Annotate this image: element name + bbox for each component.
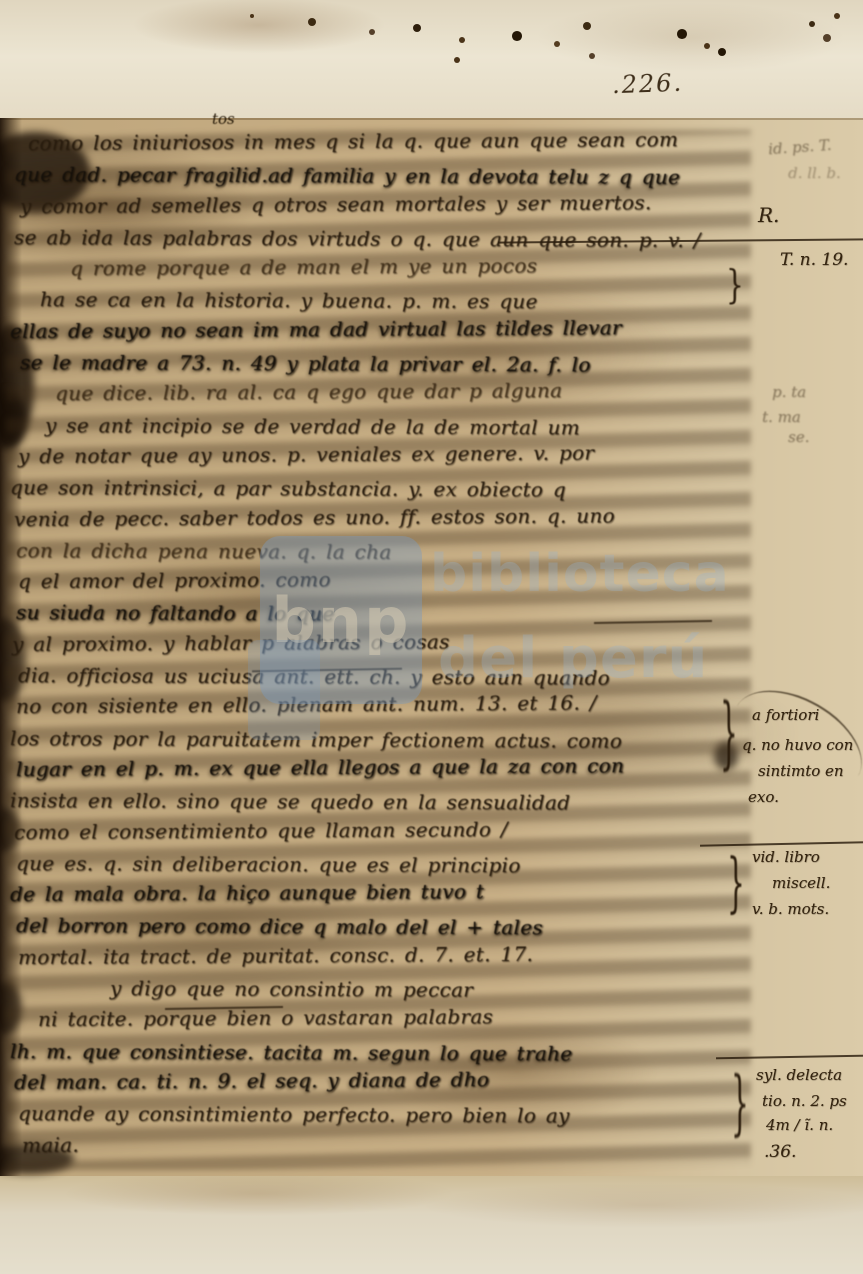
text-line: que dice. lib. ra al. ca q ego que dar p… (55, 374, 752, 410)
manuscript-page: .226. tos como los iniuriosos in mes q s… (0, 0, 863, 1274)
margin-note: R. (758, 203, 779, 227)
ink-speckles (250, 14, 254, 18)
text-line: como el consentimiento que llaman secund… (14, 812, 752, 848)
margin-note: sintimto en (758, 762, 844, 780)
text-line: mortal. ita tract. de puritat. consc. d.… (18, 937, 752, 973)
text-line: ni tacite. porque bien o vastaran palabr… (38, 1000, 752, 1036)
text-line: ellas de suyo no sean im ma dad virtual … (10, 311, 752, 347)
margin-note: p. ta (772, 383, 806, 401)
text-line: y de notar que ay unos. p. veniales ex g… (18, 436, 752, 472)
margin-note: T. n. 19. (780, 250, 848, 270)
text-line: no con sisiente en ello. plenam ant. num… (16, 687, 752, 723)
folio-number: .226. (612, 69, 684, 99)
paper-top-edge (0, 0, 863, 126)
interlinear-insertion: tos (212, 110, 235, 128)
text-line: de la mala obra. la hiço aunque bien tuv… (10, 875, 752, 911)
text-line: q el amor del proximo. como (18, 562, 752, 598)
margin-note: exo. (748, 788, 779, 806)
margin-note: .36. (764, 1142, 796, 1162)
paper-bottom-edge (0, 1176, 863, 1274)
text-line: y comor ad semelles q otros sean mortale… (20, 186, 752, 222)
margin-note: se. (788, 428, 809, 446)
margin-note: a fortiori (752, 706, 819, 724)
margin-note: d. ll. b. (788, 164, 841, 182)
margin-note: tio. n. 2. ps (762, 1092, 847, 1110)
margin-note: vid. libro (752, 848, 820, 866)
text-line: q rome porque a de man el m ye un pocos (70, 249, 752, 284)
margin-brace: } (727, 845, 745, 921)
text-line: del man. ca. ti. n. 9. el seq. y diana d… (14, 1062, 752, 1098)
margin-note: t. ma (762, 408, 801, 426)
text-line: maia. (22, 1125, 752, 1161)
margin-note: q. no huvo con (742, 736, 853, 754)
text-line: y al proximo. y hablar p alabras o cosas (12, 624, 752, 660)
margin-brace: } (720, 686, 738, 778)
margin-note: v. b. mots. (752, 900, 829, 918)
text-line: como los iniuriosos in mes q si la q. qu… (28, 124, 752, 160)
text-line: lugar en el p. m. ex que ella llegos a q… (16, 749, 752, 785)
margin-brace: } (731, 1061, 749, 1144)
margin-note: 4m / ĩ. n. (766, 1116, 833, 1134)
main-text-block: como los iniuriosos in mes q si la q. qu… (10, 128, 752, 1161)
margin-note: miscell. (772, 874, 830, 892)
margin-note: syl. delecta (756, 1066, 842, 1084)
margin-brace: } (726, 261, 744, 307)
text-line: venia de pecc. saber todos es uno. ff. e… (14, 499, 752, 535)
